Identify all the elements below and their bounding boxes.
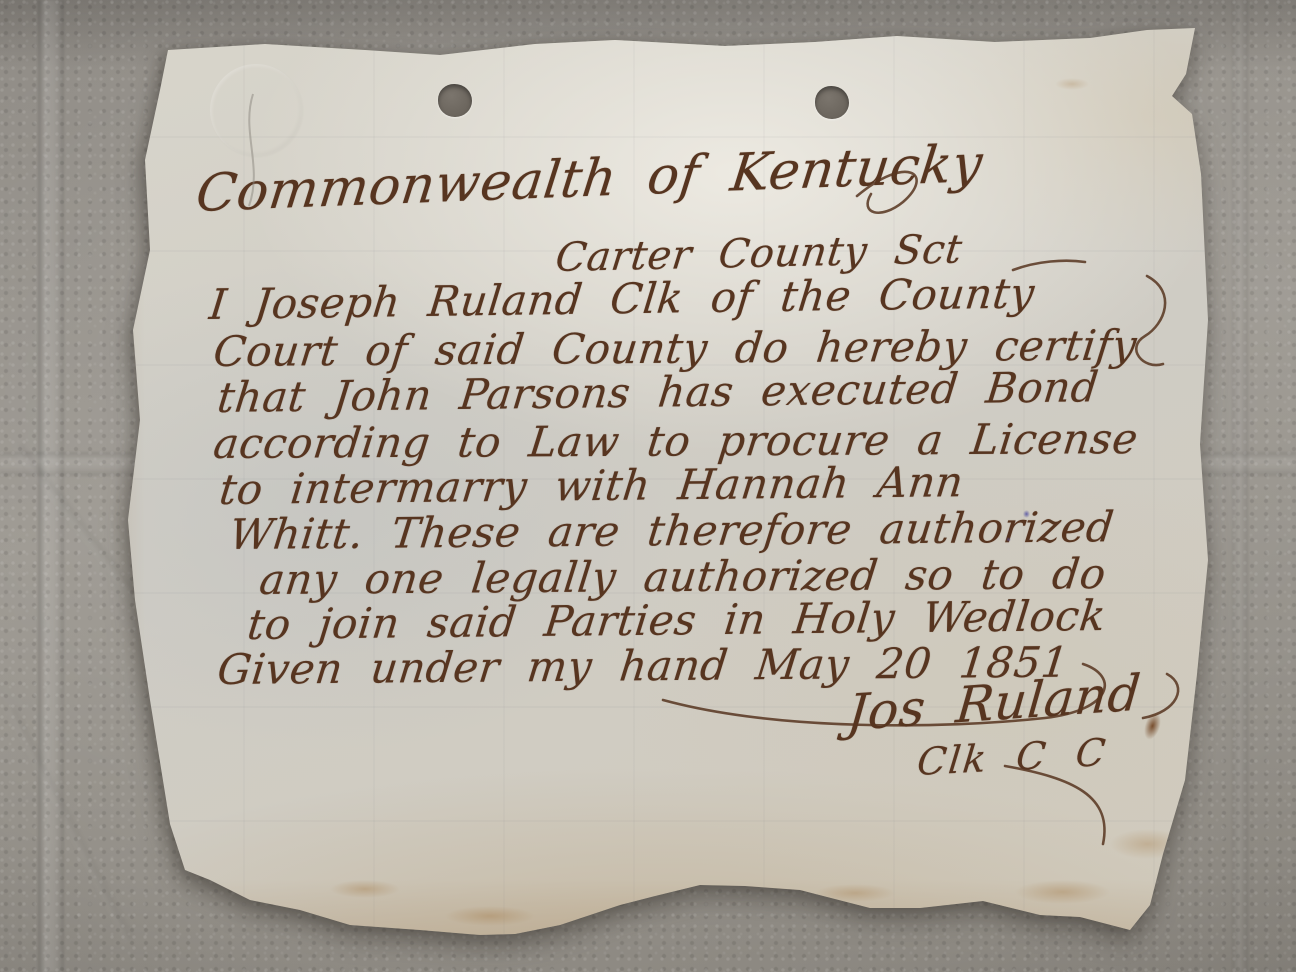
document-paper: Commonwealth of Kentucky Carter County S… — [115, 24, 1240, 949]
signature-tail — [1143, 674, 1178, 718]
edge-stain — [615, 912, 725, 934]
clerk-signature-title: Clk C C — [915, 730, 1110, 784]
punch-hole-left — [438, 84, 472, 117]
punch-hole-right — [815, 86, 849, 119]
county-tail-flourish — [1136, 276, 1165, 365]
title-line: Commonwealth of Kentucky — [193, 134, 986, 224]
edge-stain-top — [405, 30, 470, 44]
dark-ink-stain — [1141, 710, 1164, 741]
embossed-seal-impression — [210, 64, 302, 156]
edge-stain — [1015, 880, 1110, 904]
edge-stain — [445, 906, 535, 926]
edge-stain — [1110, 829, 1185, 859]
edge-stain — [330, 880, 400, 898]
handwriting-line-3: that John Parsons has executed Bond — [215, 362, 1101, 422]
handwriting-line-1: I Joseph Ruland Clk of the County — [207, 269, 1037, 329]
document-paper-wrap: Commonwealth of Kentucky Carter County S… — [115, 24, 1240, 949]
edge-stain-top-right — [1055, 78, 1089, 90]
edge-stain — [815, 884, 895, 902]
